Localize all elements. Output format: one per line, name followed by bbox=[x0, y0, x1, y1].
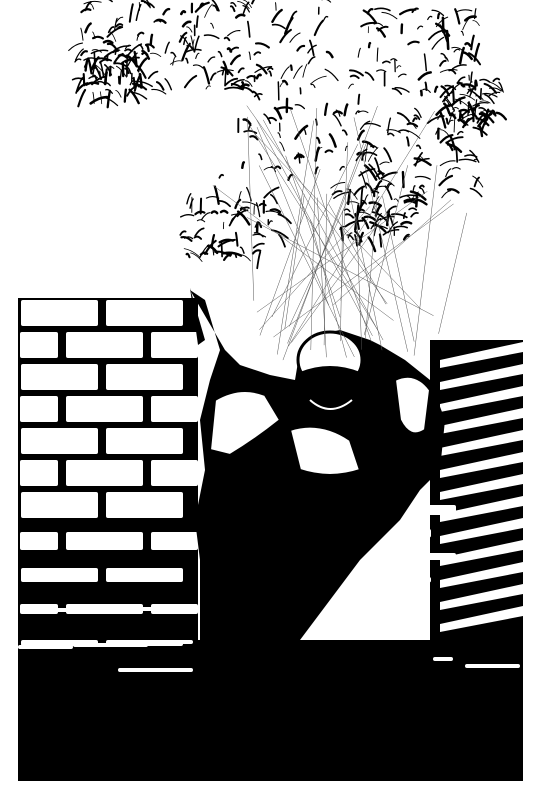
dark-ground bbox=[18, 640, 523, 781]
ink-illustration bbox=[0, 0, 541, 800]
